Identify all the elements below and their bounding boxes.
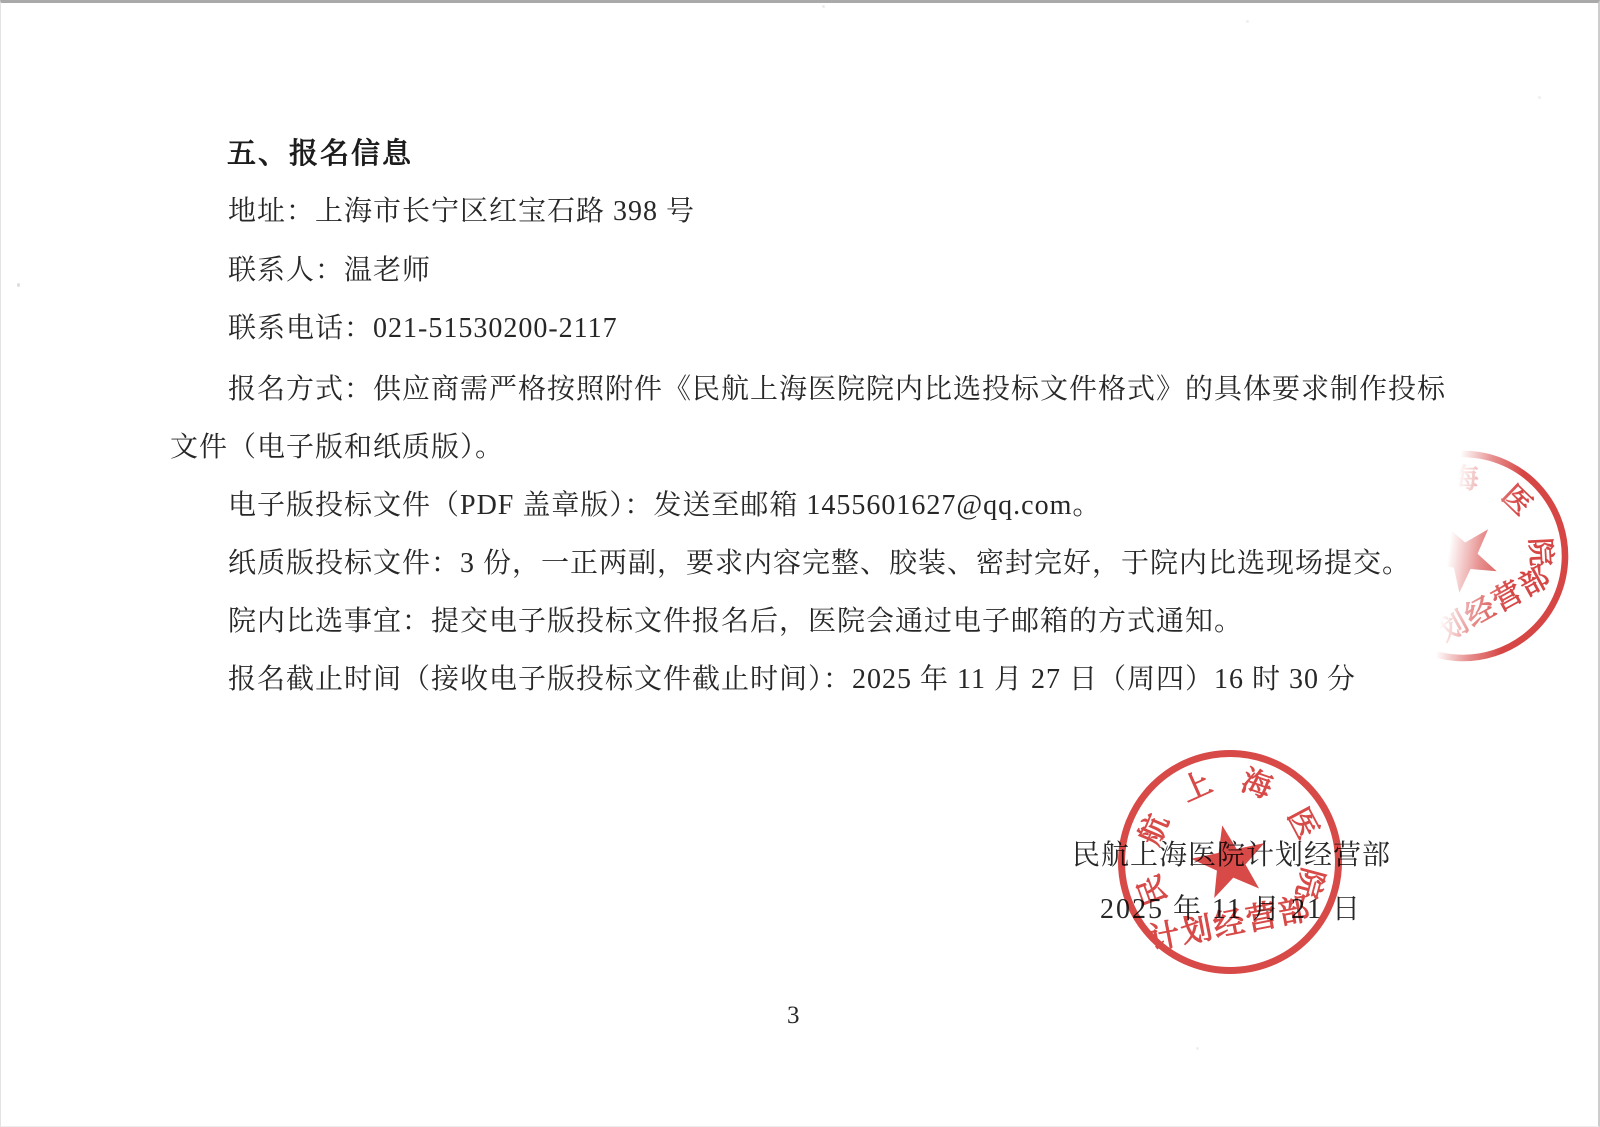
deadline-line: 报名截止时间（接收电子版投标文件截止时间）：2025 年 11 月 27 日（周… — [228, 664, 1356, 696]
contact-phone-line: 联系电话：021-51530200-2117 — [228, 313, 618, 345]
scan-speckle — [1246, 20, 1249, 23]
page-number: 3 — [787, 1002, 800, 1031]
seal-arc-char: 航 — [1371, 534, 1402, 565]
selection-notice-line: 院内比选事宜：提交电子版投标文件报名后，医院会通过电子邮箱的方式通知。 — [228, 606, 1243, 638]
scan-speckle — [1538, 96, 1541, 99]
contact-person-line: 联系人：温老师 — [228, 255, 431, 287]
registration-method-line-2: 文件（电子版和纸质版）。 — [170, 432, 504, 464]
seal-arc-char: 院 — [1525, 537, 1555, 567]
official-seal: 计划经营部 民航上海医院 — [1118, 750, 1342, 974]
official-seal-artwork: 计划经营部 民航上海医院 — [1118, 750, 1342, 974]
seal-arc-char: 海 — [1450, 465, 1479, 494]
section-heading: 五、报名信息 — [227, 138, 413, 171]
registration-method-line-1: 报名方式：供应商需严格按照附件《民航上海医院院内比选投标文件格式》的具体要求制作… — [228, 374, 1446, 406]
scan-speckle — [1196, 1047, 1199, 1050]
paper-bid-line: 纸质版投标文件：3 份，一正两副，要求内容完整、胶装、密封完好，于院内比选现场提… — [228, 548, 1411, 580]
scanned-document-page: { "page": { "number": "3" }, "content": … — [0, 0, 1600, 1127]
scan-speckle — [822, 5, 825, 8]
address-line: 地址：上海市长宁区红宝石路 398 号 — [228, 196, 695, 228]
scan-speckle — [17, 283, 20, 287]
edge-seal-partial: 计划经营部 民航上海医院 — [1351, 444, 1575, 668]
edge-seal-artwork: 计划经营部 民航上海医院 — [1330, 423, 1595, 688]
seal-star-icon — [1184, 816, 1277, 909]
electronic-bid-line: 电子版投标文件（PDF 盖章版）：发送至邮箱 1455601627@qq.com… — [228, 490, 1101, 522]
